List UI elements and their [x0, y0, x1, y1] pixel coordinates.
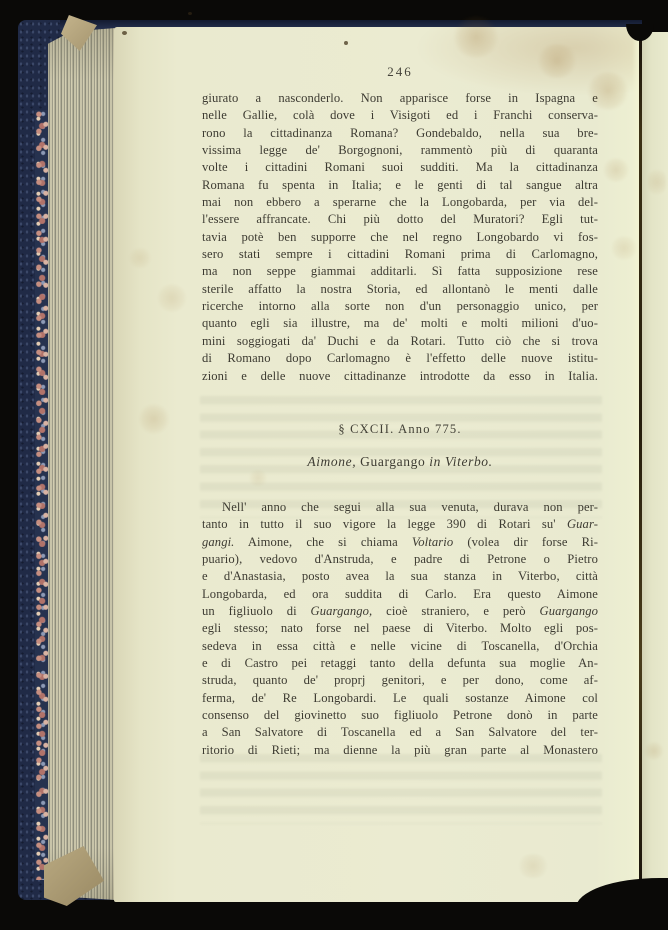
text-line: Aimone, Guargango in Viterbo.: [202, 454, 598, 471]
text-run: (volea dir forse Ri-: [453, 535, 598, 549]
text-run: tavia potè ben supporre che nel regno Lo…: [202, 230, 598, 244]
text-line: giurato a nasconderlo. Non apparisce for…: [202, 90, 598, 107]
foxing-stain: [248, 470, 268, 486]
scanned-book-photo: 246 giurato a nasconderlo. Non apparisce…: [0, 0, 668, 930]
foxing-stain: [156, 284, 188, 312]
paragraph: giurato a nasconderlo. Non apparisce for…: [202, 90, 598, 385]
italic-text-run: in Viterbo.: [429, 454, 492, 469]
text-line: egli stesso; nato forse nel paese di Vit…: [202, 620, 598, 637]
section-heading: § CXCII. Anno 775.: [202, 422, 598, 438]
text-run: a San Salvatore di Toscanella ed a San S…: [202, 725, 598, 739]
text-run: l'essere affrancate. Chi più dotto del M…: [202, 212, 598, 226]
text-run: cioè straniero, e però: [372, 604, 539, 618]
text-line: sero stati sempre i cittadini Romani pri…: [202, 246, 598, 263]
text-run: mai non ebbero a sperarne che la Longoba…: [202, 195, 598, 209]
text-run: struda, quanto de' proprj genitori, e pe…: [202, 673, 598, 687]
text-line: sedeva in essa città e nelle vicine di T…: [202, 638, 598, 655]
text-run: giurato a nasconderlo. Non apparisce for…: [202, 91, 598, 105]
text-line: gangi. Aimone, che si chiama Voltario (v…: [202, 534, 598, 551]
foxing-stain: [586, 72, 630, 110]
text-line: ricerche intorno alla sorte non d'un per…: [202, 298, 598, 315]
italic-text-run: Guargango,: [311, 604, 373, 618]
text-line: vissima legge de' Borgognoni, rammentò p…: [202, 142, 598, 159]
text-run: ferma, de' Re Longobardi. Le quali sosta…: [202, 691, 598, 705]
text-line: di Romano dopo Carlomagno è l'effetto de…: [202, 350, 598, 367]
text-line: quanto egli sia illustre, ma de' molti e…: [202, 315, 598, 332]
foxing-stain: [128, 248, 152, 268]
text-run: rono la cittadinanza Romana? Gondebaldo,…: [202, 126, 598, 140]
text-run: e di Castro pei retaggi tanto della defu…: [202, 656, 598, 670]
text-run: Nell' anno che segui alla sua venuta, du…: [222, 500, 598, 514]
text-run: quanto egli sia illustre, ma de' molti e…: [202, 316, 598, 330]
text-line: struda, quanto de' proprj genitori, e pe…: [202, 672, 598, 689]
text-line: Longobarda, ed ora suddita di Carlo. Era…: [202, 586, 598, 603]
italic-text-run: Voltario: [412, 535, 453, 549]
text-run: ritorio di Rieti; ma dienne la più gran …: [202, 743, 598, 757]
italic-text-run: Guar-: [567, 517, 598, 531]
text-run: nelle Gallie, colà dove i Visigoti ed i …: [202, 108, 598, 122]
text-line: mai non ebbero a sperarne che la Longoba…: [202, 194, 598, 211]
text-line: consenso del giovinetto suo figliuolo Pe…: [202, 707, 598, 724]
text-run: consenso del giovinetto suo figliuolo Pe…: [202, 708, 598, 722]
italic-text-run: gangi.: [202, 535, 234, 549]
paragraph: Nell' anno che segui alla sua venuta, du…: [202, 499, 598, 759]
gutter-highlight: [632, 30, 639, 898]
text-run: sedeva in essa città e nelle vicine di T…: [202, 639, 598, 653]
text-run: un figliuolo di: [202, 604, 311, 618]
text-line: un figliuolo di Guargango, cioè stranier…: [202, 603, 598, 620]
chapter-subtitle: Aimone, Guargango in Viterbo.: [202, 454, 598, 471]
foxing-stain: [452, 16, 500, 58]
verso-show-through: [200, 754, 602, 824]
text-line: tavia potè ben supporre che nel regno Lo…: [202, 229, 598, 246]
text-line: puario), vedovo d'Anstruda, e padre di P…: [202, 551, 598, 568]
text-run: volte i cittadini Romani suoi sudditi. M…: [202, 160, 598, 174]
text-line: rono la cittadinanza Romana? Gondebaldo,…: [202, 125, 598, 142]
text-line: mini soggiogati da' Duchi e da Rotari. T…: [202, 333, 598, 350]
text-line: Romana fu spenta in Italia; e le genti d…: [202, 177, 598, 194]
text-run: Romana fu spenta in Italia; e le genti d…: [202, 178, 598, 192]
text-run: tanto in tutto il suo vigore la legge 39…: [202, 517, 567, 531]
text-line: e d'Anastasia, posto avea la sua stanza …: [202, 568, 598, 585]
text-run: di Romano dopo Carlomagno è l'effetto de…: [202, 351, 598, 365]
text-run: e d'Anastasia, posto avea la sua stanza …: [202, 569, 598, 583]
text-line: Nell' anno che segui alla sua venuta, du…: [202, 499, 598, 516]
text-run: Guargango: [356, 454, 429, 469]
foxing-stain: [536, 44, 578, 78]
text-line: a San Salvatore di Toscanella ed a San S…: [202, 724, 598, 741]
text-line: volte i cittadini Romani suoi sudditi. M…: [202, 159, 598, 176]
text-line: tanto in tutto il suo vigore la legge 39…: [202, 516, 598, 533]
ink-speck: [344, 41, 348, 45]
foxing-stain: [644, 742, 664, 760]
facing-page-edge: [642, 32, 668, 898]
foxing-stain: [648, 166, 666, 198]
foxing-stain: [516, 854, 550, 878]
text-run: vissima legge de' Borgognoni, rammentò p…: [202, 143, 598, 157]
text-run: sterile affatto la nostra Storia, ed all…: [202, 282, 598, 296]
text-run: sero stati sempre i cittadini Romani pri…: [202, 247, 598, 261]
text-line: e di Castro pei retaggi tanto della defu…: [202, 655, 598, 672]
text-run: ma non seppe giammai additarli. Sì fatta…: [202, 264, 598, 278]
text-line: l'essere affrancate. Chi più dotto del M…: [202, 211, 598, 228]
book-page: 246 giurato a nasconderlo. Non apparisce…: [114, 27, 640, 902]
text-run: egli stesso; nato forse nel paese di Vit…: [202, 621, 598, 635]
ink-speck: [122, 31, 127, 35]
italic-text-run: Aimone,: [307, 454, 356, 469]
text-line: sterile affatto la nostra Storia, ed all…: [202, 281, 598, 298]
text-block: 246 giurato a nasconderlo. Non apparisce…: [202, 27, 598, 759]
italic-text-run: Guargango: [540, 604, 599, 618]
text-run: zioni e delle nuove cittadinanze introdo…: [202, 369, 598, 383]
foxing-stain: [602, 158, 630, 182]
text-line: ritorio di Rieti; ma dienne la più gran …: [202, 742, 598, 759]
text-run: mini soggiogati da' Duchi e da Rotari. T…: [202, 334, 598, 348]
text-run: Longobarda, ed ora suddita di Carlo. Era…: [202, 587, 598, 601]
foxing-stain: [610, 236, 638, 260]
text-line: nelle Gallie, colà dove i Visigoti ed i …: [202, 107, 598, 124]
text-run: puario), vedovo d'Anstruda, e padre di P…: [202, 552, 598, 566]
text-run: ricerche intorno alla sorte non d'un per…: [202, 299, 598, 313]
foxing-stain: [138, 404, 170, 434]
text-run: Aimone, che si chiama: [234, 535, 411, 549]
ink-speck: [188, 12, 192, 15]
text-line: ferma, de' Re Longobardi. Le quali sosta…: [202, 690, 598, 707]
text-line: ma non seppe giammai additarli. Sì fatta…: [202, 263, 598, 280]
text-line: zioni e delle nuove cittadinanze introdo…: [202, 368, 598, 385]
page-edge-stack: [48, 28, 116, 900]
